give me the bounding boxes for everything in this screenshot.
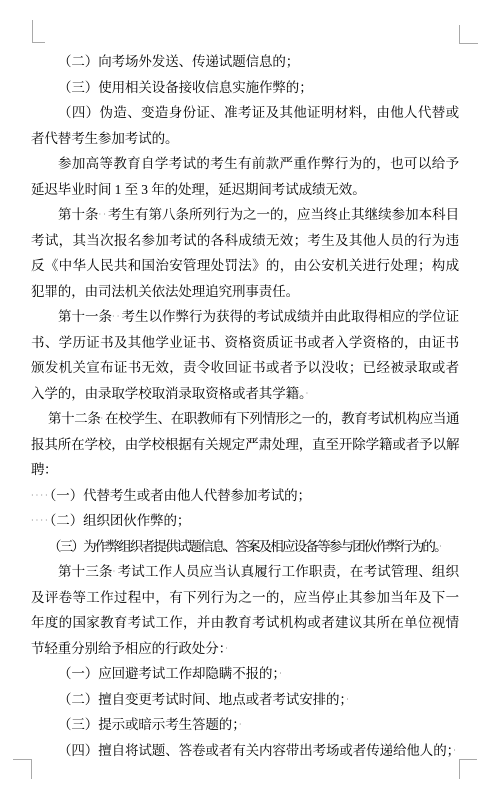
crop-mark-bottom-right-icon — [459, 759, 477, 779]
paragraph[interactable]: （二）向考场外发送、传递试题信息的； — [31, 49, 459, 75]
space-formatting-mark: · — [100, 414, 105, 423]
paragraph[interactable]: 参加高等教育自学考试的考生有前款严重作弊行为的，也可以给予延迟毕业时间 1 至 … — [31, 151, 459, 202]
space-formatting-mark: · — [346, 695, 351, 704]
paragraph[interactable]: 第十二条·在校学生、在职教师有下列情形之一的，教育考试机构应当通报其所在学校，由… — [31, 406, 459, 483]
document-body[interactable]: （二）向考场外发送、传递试题信息的；（三）使用相关设备接收信息实施作弊的；（四）… — [31, 49, 459, 763]
space-formatting-mark: · — [113, 567, 118, 576]
paragraph[interactable]: 第十一条··考生以作弊行为获得的考试成绩并由此取得相应的学位证书、学历证书及其他… — [31, 304, 459, 406]
paragraph[interactable]: ····（二）组织团伙作弊的； — [31, 508, 459, 534]
paragraph[interactable]: 第十三条·考试工作人员应当认真履行工作职责，在考试管理、组织及评卷等工作过程中，… — [31, 559, 459, 661]
space-formatting-mark: · — [453, 746, 458, 755]
paragraph[interactable]: ····（一）代替考生或者由他人代替参加考试的； — [31, 483, 459, 509]
space-formatting-mark: · — [279, 669, 284, 678]
paragraph[interactable]: （二）擅自变更考试时间、地点或者考试安排的；· — [31, 687, 459, 713]
space-formatting-mark: · — [225, 644, 230, 653]
paragraph[interactable]: （一）应回避考试工作却隐瞒不报的；· — [31, 661, 459, 687]
crop-mark-bottom-left-icon — [13, 759, 32, 779]
space-formatting-mark: · — [239, 720, 244, 729]
space-formatting-mark: ···· — [31, 491, 50, 500]
paragraph[interactable]: （四）擅自将试题、答卷或者有关内容带出考场或者传递给他人的；· — [31, 738, 459, 764]
paragraph[interactable]: 第十条··考生有第八条所列行为之一的，应当终止其继续参加本科目考试，其当次报名参… — [31, 202, 459, 304]
space-formatting-mark: · — [306, 389, 311, 398]
document-page: （二）向考场外发送、传递试题信息的；（三）使用相关设备接收信息实施作弊的；（四）… — [0, 0, 500, 804]
space-formatting-mark: · — [439, 542, 444, 551]
paragraph[interactable]: （三）使用相关设备接收信息实施作弊的； — [31, 75, 459, 101]
crop-mark-top-right-icon — [459, 25, 478, 44]
space-formatting-mark: ·· — [112, 312, 121, 321]
crop-mark-top-left-icon — [32, 20, 45, 43]
paragraph[interactable]: （三）为作弊组织者提供试题信息、答案及相应设备等参与团伙作弊行为的。· — [31, 534, 459, 560]
space-formatting-mark: ···· — [31, 516, 50, 525]
space-formatting-mark: ·· — [99, 210, 108, 219]
paragraph[interactable]: （四）伪造、变造身份证、准考证及其他证明材料，由他人代替或者代替考生参加考试的。 — [31, 100, 459, 151]
paragraph[interactable]: （三）提示或暗示考生答题的；· — [31, 712, 459, 738]
